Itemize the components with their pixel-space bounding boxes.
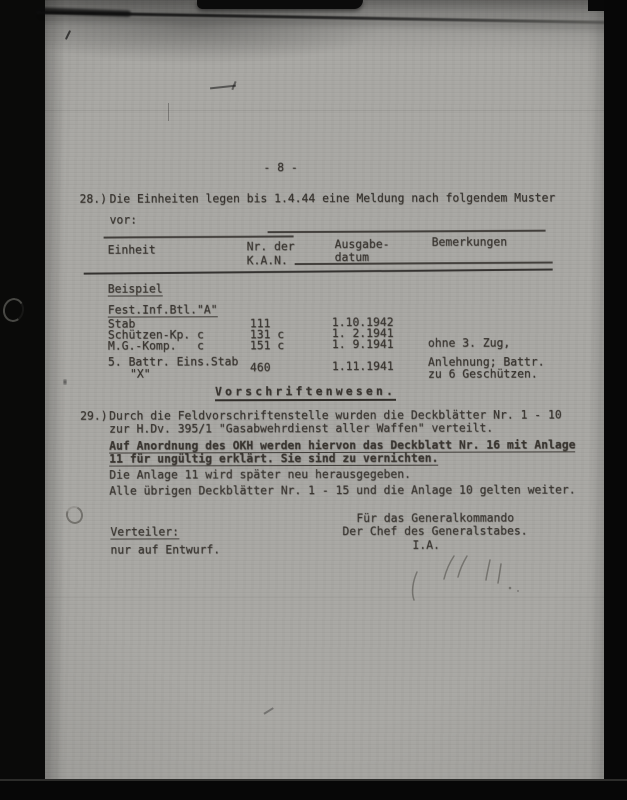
paper-page: - 8 - 28.) Die Einheiten legen bis 1.4.4… <box>45 0 605 779</box>
table-header-nr-line-1: Nr. der <box>247 240 295 253</box>
section-28-line-1: Die Einheiten legen bis 1.4.44 eine Meld… <box>109 191 555 205</box>
scan-artifact-top-bar <box>197 0 363 9</box>
table-cell-bemerkung-line-2: zu 6 Geschützen. <box>428 367 538 380</box>
table-group-label: Fest.Inf.Btl."A" <box>108 303 218 317</box>
distribution-value: nur auf Entwurf. <box>110 543 220 556</box>
table-cell-nr: 460 <box>250 361 271 374</box>
section-29-line-3: Die Anlage 11 wird später neu herausgege… <box>109 468 411 482</box>
scan-border-right <box>604 0 627 800</box>
table-header-nr-line-2: K.A.N. <box>247 254 288 267</box>
table-header-einheit: Einheit <box>108 243 156 256</box>
section-29-line-2: zur H.Dv. 395/1 "Gasabwehrdienst aller W… <box>109 422 493 436</box>
signature-handwriting <box>398 548 538 608</box>
section-28-number: 28.) <box>79 193 106 206</box>
table-cell-einheit-line-2: "X" <box>130 367 151 380</box>
scan-border-left <box>0 0 45 800</box>
table-cell-datum: 1. 9.1941 <box>332 338 394 351</box>
section-heading-vorschriftenwesen: Vorschriftenwesen. <box>215 385 396 401</box>
table-rule-header-bottom <box>84 269 553 275</box>
table-cell-nr: 151 c <box>250 339 284 352</box>
table-rule-top-left <box>104 235 294 238</box>
table-cell-datum: 1.11.1941 <box>332 360 394 373</box>
scan-border-bottom <box>0 779 627 800</box>
table-header-bemerkungen: Bemerkungen <box>432 236 507 249</box>
section-29-underlined-line-2: 11 für ungültig erklärt. Sie sind zu ver… <box>109 452 438 467</box>
table-header-datum-line-2: datum <box>335 251 369 264</box>
table-cell-einheit: M.G.-Komp. c <box>108 339 204 352</box>
section-28-line-2: vor: <box>110 213 137 226</box>
table-example-label: Beispiel <box>108 282 163 296</box>
table-cell-bemerkung: ohne 3. Zug, <box>428 337 510 350</box>
scanned-document: - 8 - 28.) Die Einheiten legen bis 1.4.4… <box>0 0 627 800</box>
section-29-number: 29.) <box>80 410 107 423</box>
table-cell-einheit: 5. Battr. Eins.Stab <box>108 355 238 368</box>
table-rule-top-right <box>268 230 546 233</box>
signature-block-line-2: Der Chef des Generalstabes. <box>342 524 527 537</box>
distribution-label: Verteiler: <box>110 525 179 539</box>
page-number: - 8 - <box>263 161 297 174</box>
section-29-line-4: Alle übrigen Deckblätter Nr. 1 - 15 und … <box>109 483 575 497</box>
table-rule-mid-right <box>295 262 553 265</box>
typewritten-content: - 8 - 28.) Die Einheiten legen bis 1.4.4… <box>44 0 606 780</box>
